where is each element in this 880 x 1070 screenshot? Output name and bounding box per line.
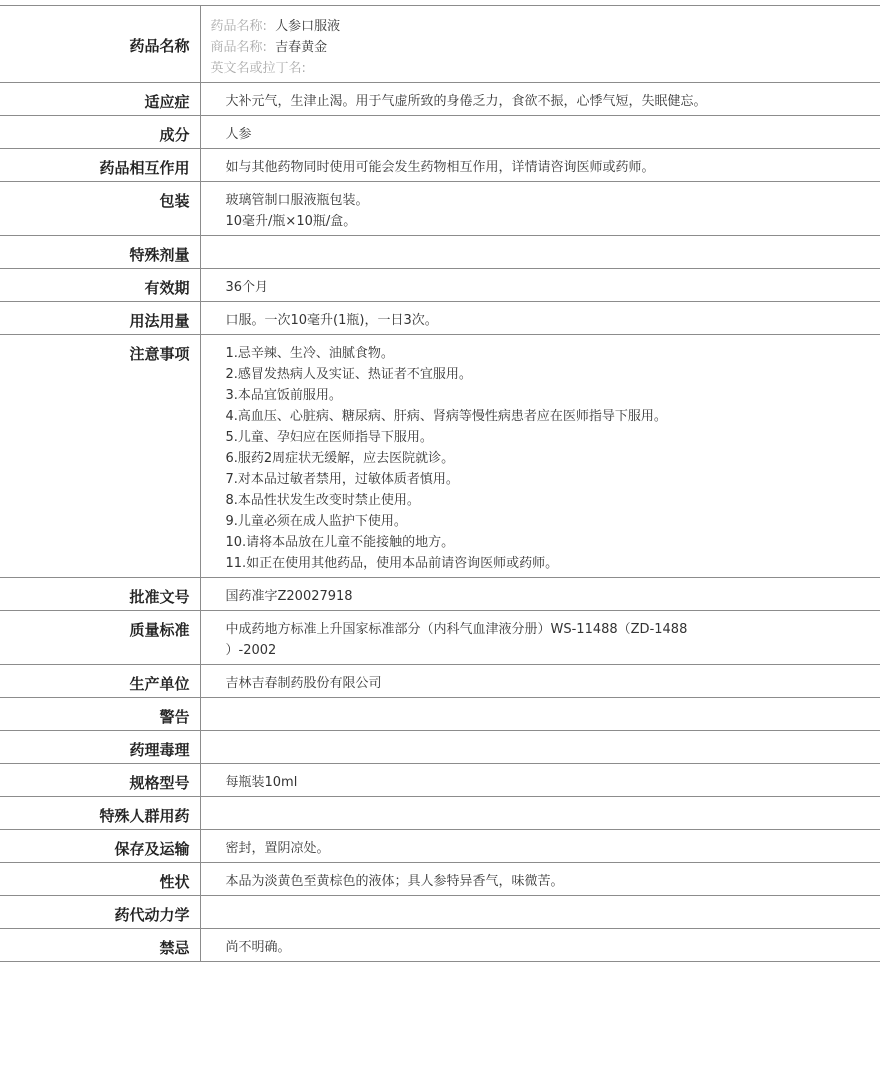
row-value: 密封，置阴凉处。 <box>200 830 880 863</box>
table-row: 用法用量口服。一次10毫升(1瓶)，一日3次。 <box>0 302 880 335</box>
row-value: 尚不明确。 <box>200 929 880 962</box>
row-label: 包装 <box>0 182 200 236</box>
row-label: 成分 <box>0 116 200 149</box>
row-label: 注意事项 <box>0 335 200 578</box>
row-value: 玻璃管制口服液瓶包装。10毫升/瓶×10瓶/盒。 <box>200 182 880 236</box>
value-line: 10.请将本品放在儿童不能接触的地方。 <box>226 532 880 553</box>
row-label: 药品相互作用 <box>0 149 200 182</box>
row-label: 质量标准 <box>0 611 200 665</box>
value-line: ）-2002 <box>226 640 880 661</box>
row-label: 保存及运输 <box>0 830 200 863</box>
value-line: 国药准字Z20027918 <box>226 586 880 607</box>
trade-name-line: 商品名称: 吉春黄金 <box>211 37 880 58</box>
row-label: 禁忌 <box>0 929 200 962</box>
value-line: 11.如正在使用其他药品，使用本品前请咨询医师或药师。 <box>226 553 880 574</box>
table-row: 保存及运输密封，置阴凉处。 <box>0 830 880 863</box>
value-line: 如与其他药物同时使用可能会发生药物相互作用，详情请咨询医师或药师。 <box>226 157 880 178</box>
row-value: 每瓶装10ml <box>200 764 880 797</box>
row-label: 生产单位 <box>0 665 200 698</box>
value-line: 36个月 <box>226 277 880 298</box>
table-row: 特殊剂量 <box>0 236 880 269</box>
row-value: 如与其他药物同时使用可能会发生药物相互作用，详情请咨询医师或药师。 <box>200 149 880 182</box>
row-label: 药理毒理 <box>0 731 200 764</box>
table-row: 警告 <box>0 698 880 731</box>
row-value: 国药准字Z20027918 <box>200 578 880 611</box>
row-value: 36个月 <box>200 269 880 302</box>
value-line-empty <box>226 805 880 826</box>
value-line: 7.对本品过敏者禁用，过敏体质者慎用。 <box>226 469 880 490</box>
value-line: 密封，置阴凉处。 <box>226 838 880 859</box>
table-row: 注意事项1.忌辛辣、生冷、油腻食物。2.感冒发热病人及实证、热证者不宜服用。3.… <box>0 335 880 578</box>
row-value: 大补元气，生津止渴。用于气虚所致的身倦乏力，食欲不振，心悸气短，失眠健忘。 <box>200 83 880 116</box>
value-line: 本品为淡黄色至黄棕色的液体；具人参特异香气，味微苦。 <box>226 871 880 892</box>
value-line: 尚不明确。 <box>226 937 880 958</box>
row-drug-name: 药品名称 药品名称: 人参口服液 商品名称: 吉春黄金 英文名或拉丁名: <box>0 6 880 83</box>
generic-name-key: 药品名称: <box>211 19 267 34</box>
table-row: 包装玻璃管制口服液瓶包装。10毫升/瓶×10瓶/盒。 <box>0 182 880 236</box>
row-label: 适应症 <box>0 83 200 116</box>
table-row: 规格型号每瓶装10ml <box>0 764 880 797</box>
table-row: 生产单位吉林吉春制药股份有限公司 <box>0 665 880 698</box>
row-label: 药代动力学 <box>0 896 200 929</box>
row-label: 特殊人群用药 <box>0 797 200 830</box>
value-line: 中成药地方标准上升国家标准部分（内科气血津液分册）WS-11488（ZD-148… <box>226 619 880 640</box>
row-value: 吉林吉春制药股份有限公司 <box>200 665 880 698</box>
row-value: 中成药地方标准上升国家标准部分（内科气血津液分册）WS-11488（ZD-148… <box>200 611 880 665</box>
table-row: 药理毒理 <box>0 731 880 764</box>
row-value: 口服。一次10毫升(1瓶)，一日3次。 <box>200 302 880 335</box>
table-row: 特殊人群用药 <box>0 797 880 830</box>
row-label: 性状 <box>0 863 200 896</box>
row-label: 警告 <box>0 698 200 731</box>
value-line: 玻璃管制口服液瓶包装。 <box>226 190 880 211</box>
generic-name-line: 药品名称: 人参口服液 <box>211 16 880 37</box>
table-row: 性状本品为淡黄色至黄棕色的液体；具人参特异香气，味微苦。 <box>0 863 880 896</box>
table-row: 禁忌尚不明确。 <box>0 929 880 962</box>
row-label: 有效期 <box>0 269 200 302</box>
table-row: 适应症大补元气，生津止渴。用于气虚所致的身倦乏力，食欲不振，心悸气短，失眠健忘。 <box>0 83 880 116</box>
value-line: 2.感冒发热病人及实证、热证者不宜服用。 <box>226 364 880 385</box>
table-row: 批准文号国药准字Z20027918 <box>0 578 880 611</box>
generic-name-value: 人参口服液 <box>275 19 340 34</box>
row-value: 1.忌辛辣、生冷、油腻食物。2.感冒发热病人及实证、热证者不宜服用。3.本品宜饭… <box>200 335 880 578</box>
value-line: 1.忌辛辣、生冷、油腻食物。 <box>226 343 880 364</box>
value-line: 10毫升/瓶×10瓶/盒。 <box>226 211 880 232</box>
row-value: 药品名称: 人参口服液 商品名称: 吉春黄金 英文名或拉丁名: <box>200 6 880 83</box>
value-line: 大补元气，生津止渴。用于气虚所致的身倦乏力，食欲不振，心悸气短，失眠健忘。 <box>226 91 880 112</box>
row-value: 本品为淡黄色至黄棕色的液体；具人参特异香气，味微苦。 <box>200 863 880 896</box>
row-label: 药品名称 <box>0 6 200 83</box>
row-label: 规格型号 <box>0 764 200 797</box>
row-label: 批准文号 <box>0 578 200 611</box>
table-row: 质量标准中成药地方标准上升国家标准部分（内科气血津液分册）WS-11488（ZD… <box>0 611 880 665</box>
row-value <box>200 698 880 731</box>
table-row: 有效期36个月 <box>0 269 880 302</box>
trade-name-key: 商品名称: <box>211 40 267 55</box>
value-line-empty <box>226 706 880 727</box>
table-row: 药品相互作用如与其他药物同时使用可能会发生药物相互作用，详情请咨询医师或药师。 <box>0 149 880 182</box>
value-line: 8.本品性状发生改变时禁止使用。 <box>226 490 880 511</box>
value-line-empty <box>226 904 880 925</box>
row-label: 用法用量 <box>0 302 200 335</box>
latin-name-line: 英文名或拉丁名: <box>211 58 880 79</box>
value-line: 6.服药2周症状无缓解，应去医院就诊。 <box>226 448 880 469</box>
row-label: 特殊剂量 <box>0 236 200 269</box>
row-value <box>200 797 880 830</box>
value-line: 口服。一次10毫升(1瓶)，一日3次。 <box>226 310 880 331</box>
value-line: 每瓶装10ml <box>226 772 880 793</box>
row-value <box>200 731 880 764</box>
value-line: 4.高血压、心脏病、糖尿病、肝病、肾病等慢性病患者应在医师指导下服用。 <box>226 406 880 427</box>
row-value <box>200 236 880 269</box>
value-line: 吉林吉春制药股份有限公司 <box>226 673 880 694</box>
value-line-empty <box>226 739 880 760</box>
value-line: 9.儿童必须在成人监护下使用。 <box>226 511 880 532</box>
drug-spec-table: 药品名称 药品名称: 人参口服液 商品名称: 吉春黄金 英文名或拉丁名: 适应症… <box>0 5 880 962</box>
value-line: 3.本品宜饭前服用。 <box>226 385 880 406</box>
table-row: 成分人参 <box>0 116 880 149</box>
table-row: 药代动力学 <box>0 896 880 929</box>
value-line: 人参 <box>226 124 880 145</box>
latin-name-key: 英文名或拉丁名: <box>211 61 306 76</box>
value-line-empty <box>226 244 880 265</box>
row-value: 人参 <box>200 116 880 149</box>
row-value <box>200 896 880 929</box>
value-line: 5.儿童、孕妇应在医师指导下服用。 <box>226 427 880 448</box>
trade-name-value: 吉春黄金 <box>275 40 327 55</box>
